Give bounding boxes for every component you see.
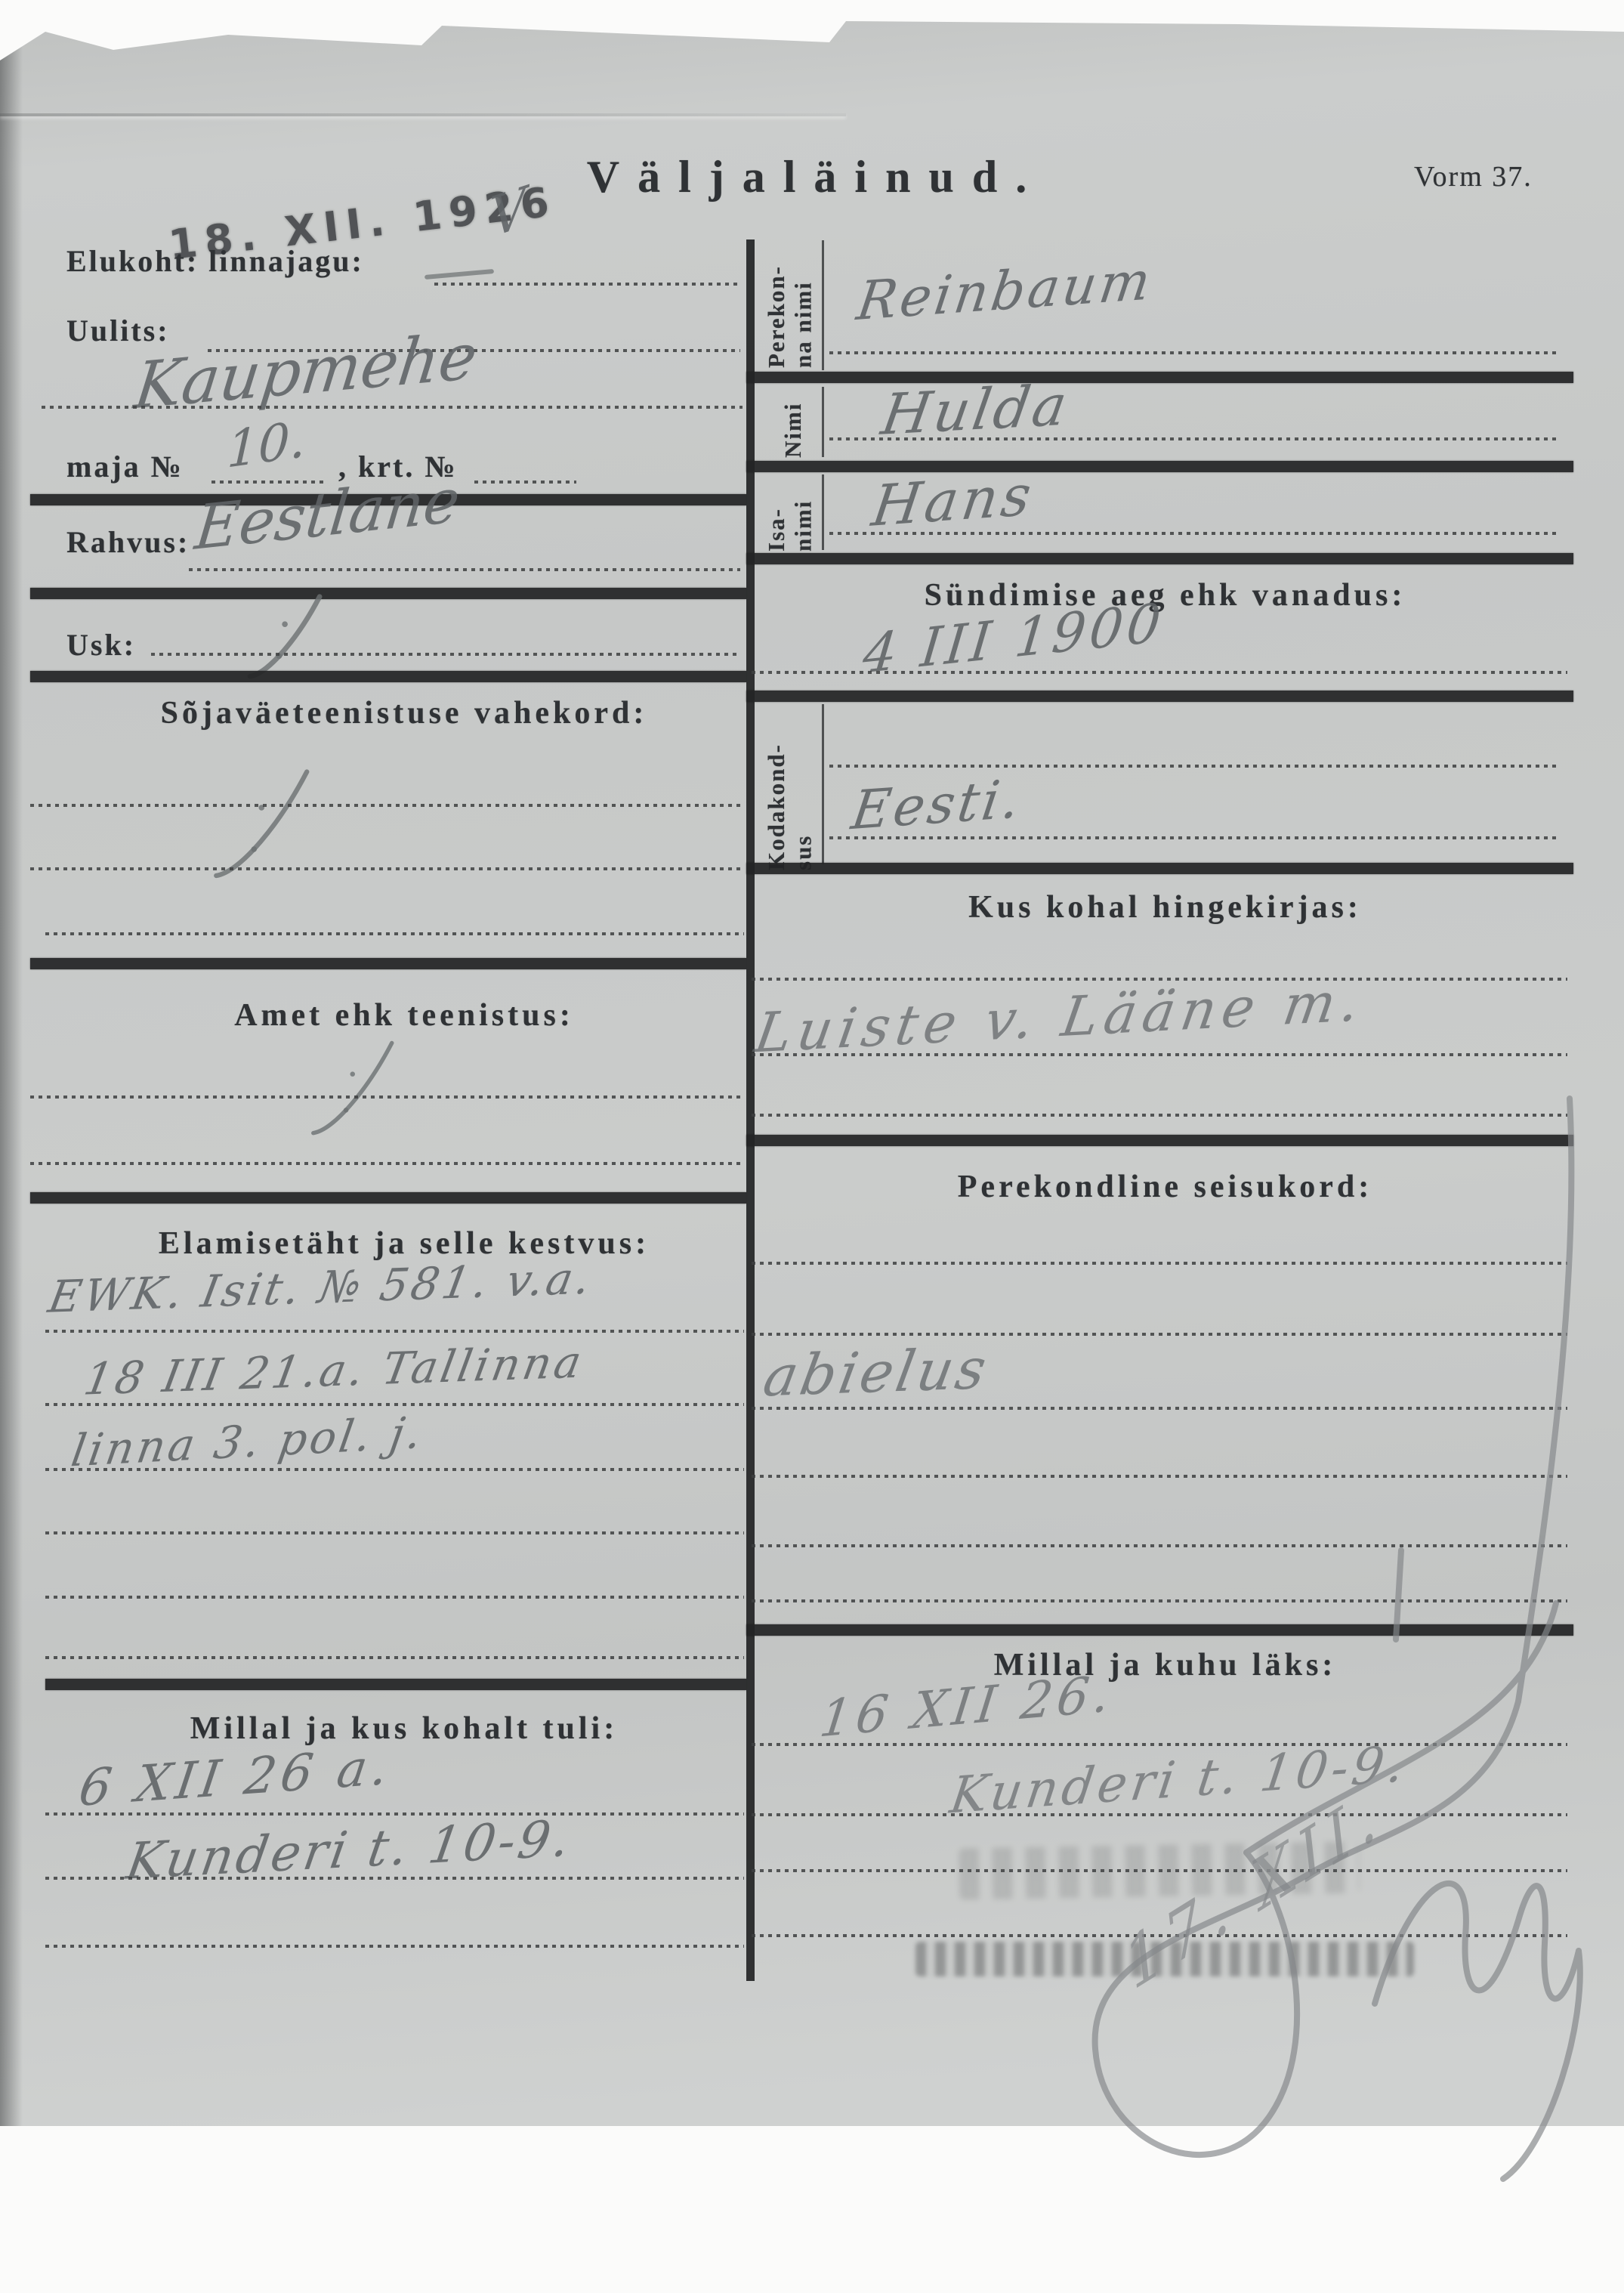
- uulits-label: Uulits:: [66, 313, 170, 348]
- millal-tuli-fill-line-3: [45, 1945, 744, 1948]
- amet-fill-line-2: [30, 1162, 744, 1165]
- divider-bar: [30, 1192, 746, 1204]
- elamisetaht-fill-line-1: [45, 1330, 744, 1333]
- elamisetaht-fill-line-5: [45, 1596, 744, 1599]
- millal-tuli-fill-line-1: [45, 1812, 744, 1816]
- perekonnanimi-label-line1: Perekon-: [763, 265, 789, 368]
- elamisetaht-fill-line-4: [45, 1531, 744, 1534]
- nimi-label: Nimi: [780, 390, 807, 458]
- sojavae-fill-line-2: [30, 867, 744, 870]
- torn-paper-edge: [0, 17, 1624, 70]
- rahvus-handwritten-value: Eestlane: [192, 465, 463, 564]
- perekondline-handwritten-value: abielus: [758, 1337, 993, 1410]
- isanimi-handwritten-value: Hans: [868, 462, 1039, 539]
- signature-scribble: [1020, 1074, 1624, 2117]
- label-cell-rule: [822, 240, 824, 370]
- sojavae-fill-line-3: [45, 932, 744, 935]
- label-cell-rule: [822, 704, 824, 864]
- divider-bar: [746, 553, 1573, 564]
- sojavae-section-title: Sõjaväeteenistuse vahekord:: [64, 695, 744, 731]
- label-cell-rule: [822, 387, 824, 457]
- rahvus-label: Rahvus:: [66, 524, 190, 560]
- left-edge-scan-shadow: [0, 17, 23, 2126]
- elamisetaht-handwritten-line: 18 III 21.a. Tallinna: [80, 1336, 588, 1405]
- kodakondsus-fill-line-1: [829, 765, 1556, 768]
- hingekirjas-handwritten-value: Luiste v. Lääne m.: [751, 969, 1370, 1065]
- sojavae-fill-line-1: [30, 804, 744, 807]
- label-cell-rule: [822, 474, 824, 550]
- kodakondsus-handwritten-value: Eesti.: [848, 768, 1026, 842]
- divider-bar: [746, 863, 1573, 874]
- elamisetaht-fill-line-2: [45, 1403, 744, 1406]
- divider-bar: [45, 1679, 746, 1690]
- sundimise-fill-line: [752, 671, 1567, 674]
- column-divider-rule: [746, 239, 755, 1981]
- isanimi-fill-line: [829, 532, 1556, 535]
- form-number: Vorm 37.: [1414, 160, 1533, 193]
- divider-bar: [30, 671, 746, 682]
- elamisetaht-fill-line-3: [45, 1468, 744, 1471]
- nimi-handwritten-value: Hulda: [877, 372, 1074, 448]
- divider-bar: [30, 958, 746, 969]
- millal-tuli-section-title: Millal ja kus kohalt tuli:: [64, 1710, 744, 1747]
- isanimi-label-line2: nimi: [790, 500, 817, 552]
- divider-bar: [746, 691, 1573, 702]
- amet-fill-line-1: [30, 1096, 744, 1099]
- divider-bar: [746, 461, 1573, 472]
- form-title: Väljaläinud.: [521, 151, 1110, 203]
- pencil-check-mark: V: [488, 175, 529, 250]
- pencil-dash: [425, 269, 494, 280]
- perekonnanimi-label: Perekon- na nimi: [763, 243, 817, 368]
- divider-bar: [30, 588, 746, 599]
- elamisetaht-fill-line-6: [45, 1656, 744, 1659]
- amet-ditto-mark: [295, 1038, 415, 1136]
- hingekirjas-section-title: Kus kohal hingekirjas:: [759, 889, 1571, 926]
- millal-tuli-fill-line-2: [45, 1877, 744, 1880]
- krt-fill-line: [474, 481, 576, 484]
- elamisetaht-section-title: Elamisetäht ja selle kestvus:: [64, 1225, 744, 1262]
- kodakondsus-fill-line-2: [829, 836, 1556, 839]
- amet-section-title: Amet ehk teenistus:: [64, 997, 744, 1034]
- elamisetaht-handwritten-line: EWK. Isit. № 581. v.a.: [45, 1252, 597, 1323]
- isanimi-label: Isa- nimi: [763, 476, 817, 552]
- millal-tuli-handwritten-line: 6 XII 26 a.: [76, 1737, 396, 1818]
- scanned-form-paper: Väljaläinud. Vorm 37. 18. XII. 1926 V El…: [0, 17, 1624, 2126]
- usk-label: Usk:: [66, 627, 136, 663]
- maja-label: maja №: [66, 449, 184, 484]
- rahvus-fill-line: [189, 568, 740, 571]
- usk-fill-line: [151, 653, 740, 656]
- kodakondsus-label-line1: Kodakond-: [763, 743, 789, 870]
- divider-bar: [746, 372, 1573, 383]
- perekonnanimi-fill-line: [829, 351, 1556, 354]
- usk-ditto-mark: [242, 592, 332, 679]
- perekonnanimi-handwritten-value: Reinbaum: [854, 249, 1157, 332]
- kodakondsus-label: Kodakond- sus: [763, 708, 817, 870]
- isanimi-label-line1: Isa-: [763, 508, 789, 552]
- fold-crease: [0, 113, 846, 116]
- elukoht-label: Elukoht: linnajagu:: [66, 243, 364, 279]
- nimi-fill-line: [829, 437, 1556, 440]
- perekonnanimi-label-line2: na nimi: [790, 281, 817, 368]
- uulits-fill-line-2: [42, 406, 743, 409]
- hingekirjas-fill-line-2: [752, 1053, 1567, 1056]
- elukoht-fill-line: [434, 283, 740, 286]
- nimi-label-text: Nimi: [780, 403, 806, 458]
- elamisetaht-handwritten-line: linna 3. pol. j.: [68, 1406, 428, 1476]
- sojavae-ditto-mark: [189, 766, 340, 879]
- maja-handwritten-number: 10.: [226, 409, 307, 480]
